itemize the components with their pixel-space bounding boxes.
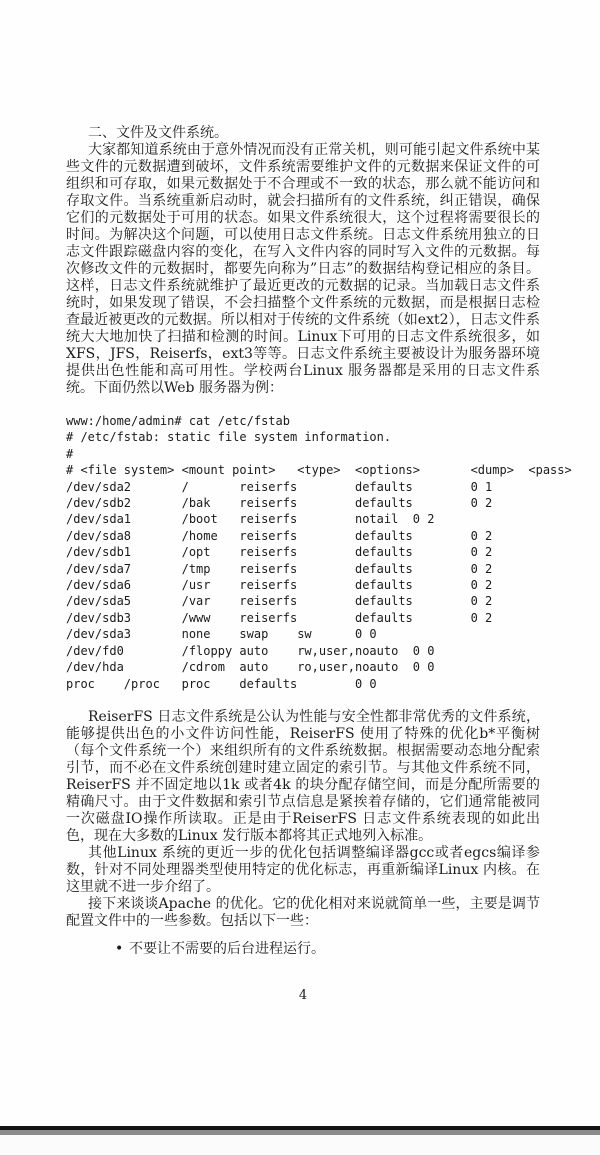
paragraph-other-optimization: 其他Linux 系统的更近一步的优化包括调整编译器gcc或者egcs编译参数，针… — [66, 845, 540, 896]
document-page: 二、文件及文件系统。 大家都知道系统由于意外情况而没有正常关机，则可能引起文件系… — [0, 0, 600, 1155]
paragraph-apache-optimization: 接下来谈谈Apache 的优化。它的优化相对来说就简单一些，主要是调节配置文件中… — [66, 896, 540, 930]
bullet-list: 不要让不需要的后台进程运行。 — [106, 941, 540, 958]
paragraph-reiserfs: ReiserFS 日志文件系统是公认为性能与安全性都非常优秀的文件系统，能够提供… — [66, 709, 540, 845]
page-content: 二、文件及文件系统。 大家都知道系统由于意外情况而没有正常关机，则可能引起文件系… — [66, 125, 540, 958]
paragraph-filesystem-intro: 大家都知道系统由于意外情况而没有正常关机，则可能引起文件系统中某些文件的元数据遭… — [66, 142, 540, 397]
bullet-item-background-processes: 不要让不需要的后台进程运行。 — [106, 941, 540, 958]
page-number: 4 — [66, 987, 540, 1004]
next-page-edge — [0, 1135, 600, 1155]
section-heading: 二、文件及文件系统。 — [66, 125, 540, 142]
fstab-code-block: www:/home/admin# cat /etc/fstab # /etc/f… — [66, 413, 540, 692]
page-separator — [0, 1126, 600, 1155]
